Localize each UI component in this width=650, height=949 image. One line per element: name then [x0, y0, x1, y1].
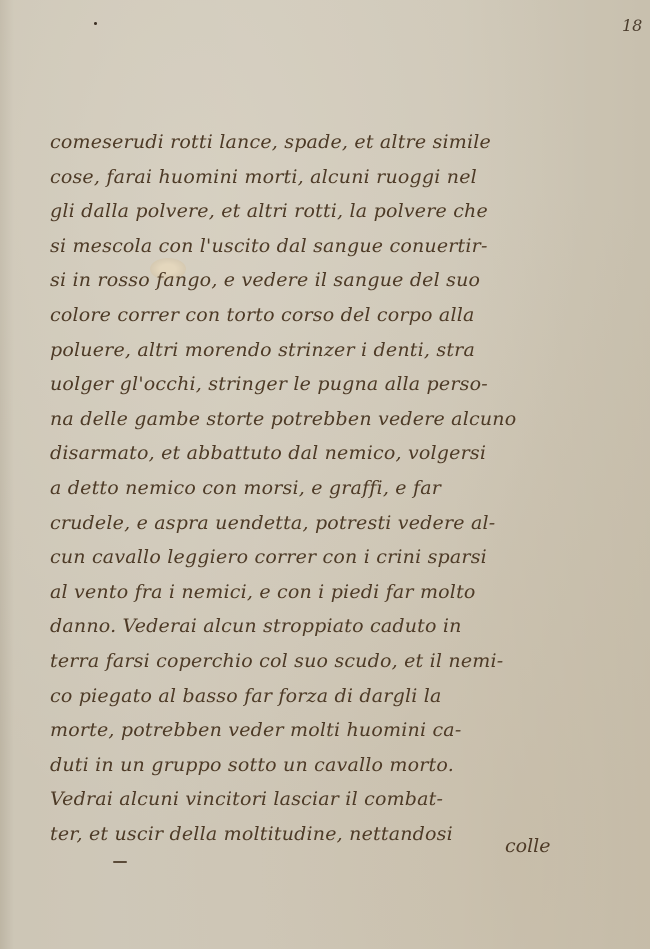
text-line: disarmato, et abbattuto dal nemico, volg… — [50, 436, 550, 471]
text-line: crudele, e aspra uendetta, potresti vede… — [50, 506, 550, 541]
text-line: na delle gambe storte potrebben vedere a… — [50, 402, 550, 437]
catchword: colle — [505, 835, 550, 857]
manuscript-page: 18 comeserudi rotti lance, spade, et alt… — [0, 0, 650, 949]
text-line: cose, farai huomini morti, alcuni ruoggi… — [50, 160, 550, 195]
text-line: si mescola con l'uscito dal sangue conue… — [50, 229, 550, 264]
text-line: gli dalla polvere, et altri rotti, la po… — [50, 194, 550, 229]
text-line: colore correr con torto corso del corpo … — [50, 298, 550, 333]
text-line: uolger gl'occhi, stringer le pugna alla … — [50, 367, 550, 402]
text-line: si in rosso fango, e vedere il sangue de… — [50, 263, 550, 298]
text-line: Vedrai alcuni vincitori lasciar il comba… — [50, 782, 550, 817]
text-line: cun cavallo leggiero correr con i crini … — [50, 540, 550, 575]
text-line: morte, potrebben veder molti huomini ca- — [50, 713, 550, 748]
text-line: a detto nemico con morsi, e graffi, e fa… — [50, 471, 550, 506]
text-line: co piegato al basso far forza di dargli … — [50, 679, 550, 714]
text-line: al vento fra i nemici, e con i piedi far… — [50, 575, 550, 610]
ink-dot — [94, 22, 97, 25]
text-line: duti in un gruppo sotto un cavallo morto… — [50, 748, 550, 783]
folio-number: 18 — [622, 16, 642, 35]
text-line: poluere, altri morendo strinzer i denti,… — [50, 333, 550, 368]
text-line: comeserudi rotti lance, spade, et altre … — [50, 125, 550, 160]
text-line: ter, et uscir della moltitudine, nettand… — [50, 817, 550, 852]
text-line: terra farsi coperchio col suo scudo, et … — [50, 644, 550, 679]
ink-dash — [113, 861, 127, 863]
manuscript-text: comeserudi rotti lance, spade, et altre … — [50, 125, 550, 851]
text-line: danno. Vederai alcun stroppiato caduto i… — [50, 609, 550, 644]
